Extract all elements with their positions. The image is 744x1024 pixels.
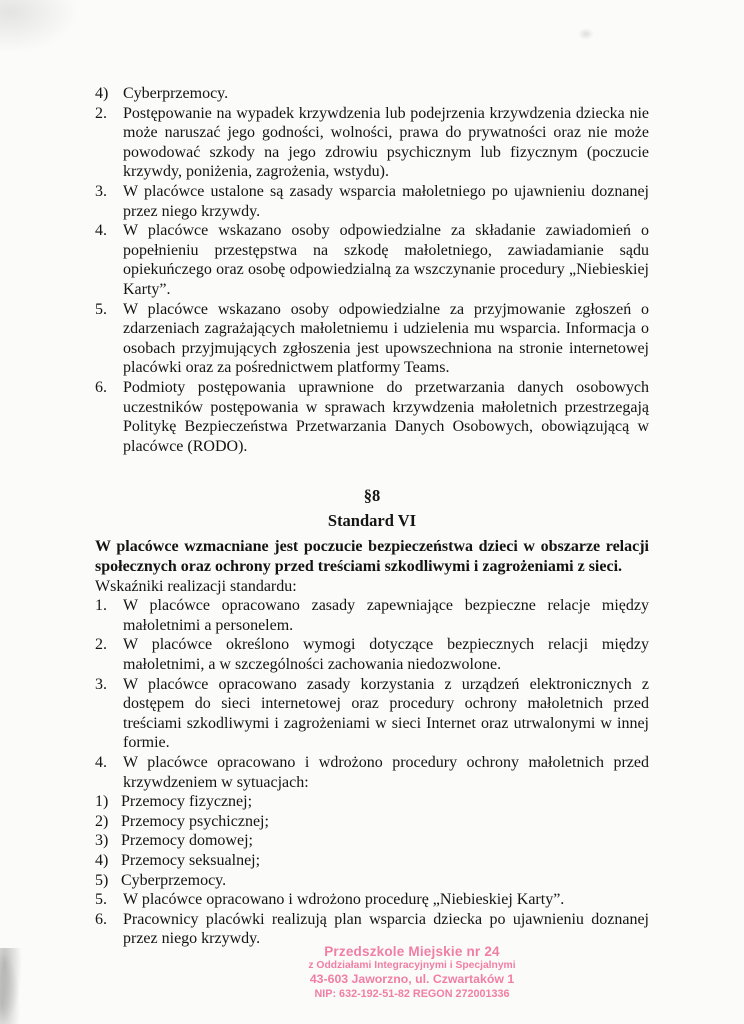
list-text: W placówce określono wymogi dotyczące be… [123,635,649,674]
list-item: 3) Przemocy domowej; [95,831,649,851]
indicators-label: Wskaźniki realizacji standardu: [95,577,649,597]
stamp-institution-name: Przedszkole Miejskie nr 24 [307,944,517,959]
list-marker: 4. [95,221,123,299]
list-marker: 6. [95,378,123,456]
list-marker: 2. [95,635,123,674]
list-item: 5. W placówce opracowano i wdrożono proc… [95,890,649,910]
list-text: W placówce opracowano zasady zapewniając… [123,596,649,635]
scan-smudge-top-left [0,0,90,60]
list-marker: 3) [95,831,121,851]
list-item: 4. W placówce opracowano i wdrożono proc… [95,753,649,792]
list-text: Postępowanie na wypadek krzywdzenia lub … [123,104,649,182]
list-marker: 4. [95,753,123,792]
list-marker: 1) [95,792,121,812]
list-text: Cyberprzemocy. [123,84,649,104]
list-text: Przemocy seksualnej; [121,851,649,871]
list-marker: 2. [95,104,123,182]
list-item: 4) Cyberprzemocy. [95,84,649,104]
list-text: W placówce ustalone są zasady wsparcia m… [123,182,649,221]
list-text: Cyberprzemocy. [121,871,649,891]
list-marker: 5. [95,300,123,378]
section-title: Standard VI [95,511,649,531]
list-item: 4) Przemocy seksualnej; [95,851,649,871]
stamp-address: 43-603 Jaworzno, ul. Czwartaków 1 [307,972,517,987]
list-marker: 6. [95,910,123,949]
list-text: W placówce opracowano zasady korzystania… [123,675,649,753]
list-text: W placówce opracowano i wdrożono procedu… [123,890,649,910]
list-item: 3. W placówce ustalone są zasady wsparci… [95,182,649,221]
list-item: 4. W placówce wskazano osoby odpowiedzia… [95,221,649,299]
list-marker: 5) [95,871,121,891]
stamp-institution-subtitle: z Oddziałami Integracyjnymi i Specjalnym… [307,959,517,972]
scanned-document-page: 4) Cyberprzemocy. 2. Postępowanie na wyp… [0,0,744,1024]
list-item: 1. W placówce opracowano zasady zapewnia… [95,596,649,635]
list-text: Przemocy domowej; [121,831,649,851]
list-text: Podmioty postępowania uprawnione do prze… [123,378,649,456]
list-item: 3. W placówce opracowano zasady korzysta… [95,675,649,753]
list-text: W placówce wskazano osoby odpowiedzialne… [123,300,649,378]
list-item: 2. W placówce określono wymogi dotyczące… [95,635,649,674]
list-text: W placówce opracowano i wdrożono procedu… [123,753,649,792]
list-marker: 3. [95,675,123,753]
document-body: 4) Cyberprzemocy. 2. Postępowanie na wyp… [95,84,649,949]
paragraph-number: §8 [95,486,649,506]
scan-smudge-right-dot [578,28,594,40]
list-marker: 4) [95,851,121,871]
list-marker: 2) [95,812,121,832]
list-item: 2. Postępowanie na wypadek krzywdzenia l… [95,104,649,182]
institution-stamp: Przedszkole Miejskie nr 24 z Oddziałami … [307,944,517,1001]
list-marker: 4) [95,84,123,104]
list-text: W placówce wskazano osoby odpowiedzialne… [123,221,649,299]
list-item: 2) Przemocy psychicznej; [95,812,649,832]
list-marker: 5. [95,890,123,910]
list-item: 1) Przemocy fizycznej; [95,792,649,812]
list-text: Przemocy fizycznej; [121,792,649,812]
stamp-nip-regon: NIP: 632-192-51-82 REGON 272001336 [307,987,517,1001]
list-marker: 1. [95,596,123,635]
list-item: 5. W placówce wskazano osoby odpowiedzia… [95,300,649,378]
list-item: 5) Cyberprzemocy. [95,871,649,891]
section-lead-paragraph: W placówce wzmacniane jest poczucie bezp… [95,537,649,576]
list-marker: 3. [95,182,123,221]
list-text: Przemocy psychicznej; [121,812,649,832]
list-item: 6. Podmioty postępowania uprawnione do p… [95,378,649,456]
section-heading: §8 Standard VI [95,486,649,530]
scan-smudge-bottom-left [0,948,22,1024]
